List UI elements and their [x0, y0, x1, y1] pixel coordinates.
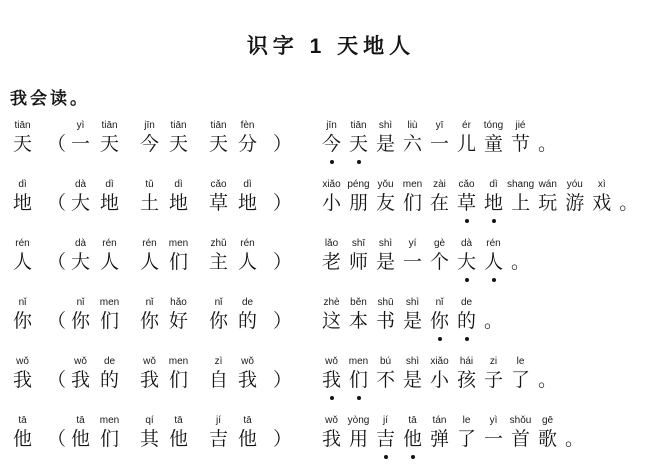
vocab-word: nǐ你hǎo好: [135, 296, 193, 343]
pinyin-label: shì: [379, 119, 392, 132]
pinyin-label: wán: [539, 178, 557, 191]
hanzi-character: 们: [100, 427, 119, 453]
hanzi-character: 这: [322, 309, 341, 335]
open-paren: （: [47, 237, 66, 284]
hanzi-character: 今: [140, 132, 159, 158]
hanzi-character: 地: [13, 191, 32, 217]
pinyin-label: dà: [75, 178, 86, 191]
pinyin-label: yóu: [567, 178, 583, 191]
vocab-row: tā他（tā他men们qí其tā他jí吉tā他）wǒ我yòng用jí吉tā他tá…: [8, 414, 662, 461]
pinyin-label: tā: [408, 414, 416, 427]
hanzi-character: 地: [100, 191, 119, 217]
headword-unit: tiān天: [8, 119, 37, 166]
headword-and-words: wǒ我（wǒ我de的wǒ我men们zì自wǒ我）: [8, 355, 318, 402]
hanzi-character: 童: [484, 132, 503, 158]
vocab-word: tǔ土dì地: [135, 178, 193, 225]
hanzi-character: 他: [403, 427, 422, 453]
pinyin-label: zi: [490, 355, 497, 368]
char-unit: dì地: [233, 178, 262, 225]
char-unit: 。: [507, 237, 534, 284]
open-paren: （: [47, 355, 66, 402]
headword-and-words: nǐ你（nǐ你men们nǐ你hǎo好nǐ你de的）: [8, 296, 318, 343]
hanzi-character: 我: [71, 368, 90, 394]
pinyin-label: le: [463, 414, 471, 427]
pinyin-label: cǎo: [210, 178, 226, 191]
char-unit: 。: [534, 119, 561, 166]
char-unit: hǎo好: [164, 296, 193, 343]
char-unit: men们: [164, 237, 193, 284]
hanzi-character: ）: [273, 132, 292, 158]
pinyin-label: tán: [433, 414, 447, 427]
char-unit: tóng童: [480, 119, 507, 166]
hanzi-character: 。: [565, 427, 584, 453]
close-paren: ）: [273, 119, 292, 166]
char-unit: wǒ我: [318, 355, 345, 402]
headword-and-words: tiān天（yì一tiān天jīn今tiān天tiān天fèn分）: [8, 119, 318, 166]
pinyin-label: nǐ: [77, 296, 85, 309]
emphasis-dot: [357, 394, 361, 402]
pinyin-label: nǐ: [215, 296, 223, 309]
pinyin-label: qí: [145, 414, 153, 427]
pinyin-label: shì: [406, 355, 419, 368]
char-unit: le了: [507, 355, 534, 402]
hanzi-character: 小: [430, 368, 449, 394]
char-unit: jīn今: [318, 119, 345, 166]
hanzi-character: 是: [376, 250, 395, 276]
pinyin-label: zhè: [323, 296, 339, 309]
hanzi-character: 一: [484, 427, 503, 453]
vocab-word: nǐ你de的: [204, 296, 262, 343]
pinyin-label: dì: [489, 178, 497, 191]
hanzi-character: 游: [565, 191, 584, 217]
pinyin-label: jié: [515, 119, 525, 132]
char-unit: shī师: [345, 237, 372, 284]
pinyin-label: liù: [407, 119, 417, 132]
char-unit: yí一: [399, 237, 426, 284]
pinyin-label: dì: [18, 178, 26, 191]
hanzi-character: 今: [322, 132, 341, 158]
char-unit: fèn分: [233, 119, 262, 166]
hanzi-character: 人: [13, 250, 32, 276]
char-unit: rén人: [233, 237, 262, 284]
pinyin-label: men: [349, 355, 368, 368]
char-unit: dà大: [66, 178, 95, 225]
emphasis-dot: [384, 453, 388, 461]
hanzi-character: 是: [376, 132, 395, 158]
pinyin-label: běn: [350, 296, 367, 309]
hanzi-character: 们: [403, 191, 422, 217]
char-unit: gè个: [426, 237, 453, 284]
close-paren: ）: [273, 296, 292, 343]
worksheet-page: 识字 1 天地人 我会读。 tiān天（yì一tiān天jīn今tiān天tiā…: [0, 0, 662, 472]
pinyin-label: yì: [490, 414, 498, 427]
vocab-word: dà大rén人: [66, 237, 124, 284]
hanzi-character: 其: [140, 427, 159, 453]
hanzi-character: 们: [169, 250, 188, 276]
hanzi-character: 书: [376, 309, 395, 335]
char-unit: tiān天: [204, 119, 233, 166]
pinyin-label: yī: [436, 119, 444, 132]
hanzi-character: 玩: [538, 191, 557, 217]
char-unit: shì是: [399, 355, 426, 402]
pinyin-label: wǒ: [74, 355, 87, 368]
pinyin-label: shì: [406, 296, 419, 309]
char-unit: men们: [164, 355, 193, 402]
char-unit: 。: [615, 178, 642, 225]
pinyin-label: wǒ: [143, 355, 156, 368]
pinyin-label: tā: [18, 414, 26, 427]
char-unit: jí吉: [204, 414, 233, 461]
hanzi-character: 们: [169, 368, 188, 394]
pinyin-label: yǒu: [377, 178, 393, 191]
emphasis-dot: [438, 335, 442, 343]
pinyin-label: cǎo: [458, 178, 474, 191]
hanzi-character: 的: [457, 309, 476, 335]
hanzi-character: 地: [169, 191, 188, 217]
char-unit: dà大: [453, 237, 480, 284]
emphasis-dot: [465, 276, 469, 284]
hanzi-character: ）: [273, 368, 292, 394]
char-unit: wán玩: [534, 178, 561, 225]
hanzi-character: 人: [238, 250, 257, 276]
example-sentence: jīn今tiān天shì是liù六yī一ér儿tóng童jié节。: [318, 119, 662, 166]
pinyin-label: wǒ: [241, 355, 254, 368]
char-unit: men们: [399, 178, 426, 225]
pinyin-label: dà: [75, 237, 86, 250]
pinyin-label: jí: [383, 414, 388, 427]
pinyin-label: tiān: [170, 119, 186, 132]
emphasis-dot: [357, 158, 361, 166]
hanzi-character: 天: [100, 132, 119, 158]
hanzi-character: 吉: [376, 427, 395, 453]
char-unit: xiǎo小: [426, 355, 453, 402]
hanzi-character: 不: [376, 368, 395, 394]
pinyin-label: xiǎo: [322, 178, 340, 191]
pinyin-label: rén: [240, 237, 254, 250]
hanzi-character: ）: [273, 250, 292, 276]
char-unit: yóu游: [561, 178, 588, 225]
vocab-word: yì一tiān天: [66, 119, 124, 166]
hanzi-character: 师: [349, 250, 368, 276]
char-unit: lǎo老: [318, 237, 345, 284]
hanzi-character: 他: [238, 427, 257, 453]
pinyin-label: men: [100, 414, 119, 427]
hanzi-character: 用: [349, 427, 368, 453]
char-unit: shū书: [372, 296, 399, 343]
hanzi-character: （: [47, 309, 66, 335]
hanzi-character: （: [47, 427, 66, 453]
char-unit: tā他: [399, 414, 426, 461]
char-unit: cǎo草: [453, 178, 480, 225]
pinyin-label: gè: [434, 237, 445, 250]
pinyin-label: shū: [377, 296, 393, 309]
hanzi-character: ）: [273, 427, 292, 453]
pinyin-label: tiān: [14, 119, 30, 132]
pinyin-label: bú: [380, 355, 391, 368]
headword-unit: tā他: [8, 414, 37, 461]
char-unit: shì是: [372, 119, 399, 166]
hanzi-character: 一: [71, 132, 90, 158]
pinyin-label: xiǎo: [430, 355, 448, 368]
example-sentence: lǎo老shī师shì是yí一gè个dà大rén人。: [318, 237, 662, 284]
hanzi-character: 在: [430, 191, 449, 217]
hanzi-character: 我: [322, 427, 341, 453]
char-unit: men们: [345, 355, 372, 402]
hanzi-character: 草: [457, 191, 476, 217]
pinyin-label: dì: [174, 178, 182, 191]
vocab-word: tiān天fèn分: [204, 119, 262, 166]
pinyin-label: de: [242, 296, 253, 309]
hanzi-character: 天: [209, 132, 228, 158]
char-unit: gē歌: [534, 414, 561, 461]
headword-unit: dì地: [8, 178, 37, 225]
char-unit: jí吉: [372, 414, 399, 461]
example-sentence: wǒ我yòng用jí吉tā他tán弹le了yì一shǒu首gē歌。: [318, 414, 662, 461]
hanzi-character: 天: [349, 132, 368, 158]
hanzi-character: 天: [13, 132, 32, 158]
hanzi-character: 的: [100, 368, 119, 394]
char-unit: shì是: [399, 296, 426, 343]
char-unit: tiān天: [164, 119, 193, 166]
close-paren: ）: [273, 178, 292, 225]
pinyin-label: rén: [486, 237, 500, 250]
pinyin-label: zài: [433, 178, 446, 191]
close-paren: ）: [273, 237, 292, 284]
pinyin-label: le: [517, 355, 525, 368]
pinyin-label: yí: [409, 237, 417, 250]
vocab-word: tā他men们: [66, 414, 124, 461]
pinyin-label: jīn: [326, 119, 337, 132]
char-unit: rén人: [95, 237, 124, 284]
hanzi-character: 们: [100, 309, 119, 335]
vocab-word: cǎo草dì地: [204, 178, 262, 225]
pinyin-label: tǔ: [145, 178, 153, 191]
hanzi-character: （: [47, 132, 66, 158]
char-unit: wǒ我: [66, 355, 95, 402]
char-unit: běn本: [345, 296, 372, 343]
pinyin-label: rén: [142, 237, 156, 250]
hanzi-character: 首: [511, 427, 530, 453]
vocab-word: zì自wǒ我: [204, 355, 262, 402]
char-unit: xiǎo小: [318, 178, 345, 225]
hanzi-character: 主: [209, 250, 228, 276]
hanzi-character: 的: [238, 309, 257, 335]
pinyin-label: men: [169, 355, 188, 368]
char-unit: nǐ你: [66, 296, 95, 343]
hanzi-character: 了: [457, 427, 476, 453]
hanzi-character: （: [47, 191, 66, 217]
pinyin-label: péng: [347, 178, 369, 191]
hanzi-character: 一: [430, 132, 449, 158]
pinyin-label: lǎo: [325, 237, 338, 250]
vocab-row: rén人（dà大rén人rén人men们zhǔ主rén人）lǎo老shī师shì…: [8, 237, 662, 284]
hanzi-character: 大: [71, 191, 90, 217]
headword-unit: nǐ你: [8, 296, 37, 343]
emphasis-dot: [465, 217, 469, 225]
pinyin-label: jí: [216, 414, 221, 427]
example-sentence: xiǎo小péng朋yǒu友men们zài在cǎo草dì地shang上wán玩y…: [318, 178, 662, 225]
hanzi-character: 你: [209, 309, 228, 335]
hanzi-character: 吉: [209, 427, 228, 453]
hanzi-character: 了: [511, 368, 530, 394]
hanzi-character: 自: [209, 368, 228, 394]
hanzi-character: 大: [457, 250, 476, 276]
char-unit: péng朋: [345, 178, 372, 225]
pinyin-label: yòng: [348, 414, 370, 427]
pinyin-label: nǐ: [146, 296, 154, 309]
char-unit: dà大: [66, 237, 95, 284]
hanzi-character: 儿: [457, 132, 476, 158]
pinyin-label: hái: [460, 355, 473, 368]
headword-and-words: dì地（dà大dì地tǔ土dì地cǎo草dì地）: [8, 178, 318, 225]
hanzi-character: 他: [13, 427, 32, 453]
hanzi-character: 是: [403, 368, 422, 394]
hanzi-character: 上: [511, 191, 530, 217]
pinyin-label: tiān: [210, 119, 226, 132]
hanzi-character: 我: [140, 368, 159, 394]
pinyin-label: shī: [352, 237, 365, 250]
hanzi-character: 我: [238, 368, 257, 394]
pinyin-label: wǒ: [325, 355, 338, 368]
example-sentence: wǒ我men们bú不shì是xiǎo小hái孩zi子le了。: [318, 355, 662, 402]
pinyin-label: dà: [461, 237, 472, 250]
hanzi-character: 孩: [457, 368, 476, 394]
char-unit: yòng用: [345, 414, 372, 461]
hanzi-character: 节: [511, 132, 530, 158]
pinyin-label: men: [403, 178, 422, 191]
hanzi-character: 我: [322, 368, 341, 394]
pinyin-label: men: [100, 296, 119, 309]
char-unit: zi子: [480, 355, 507, 402]
char-unit: nǐ你: [426, 296, 453, 343]
hanzi-character: 老: [322, 250, 341, 276]
char-unit: de的: [95, 355, 124, 402]
hanzi-character: 土: [140, 191, 159, 217]
hanzi-character: 朋: [349, 191, 368, 217]
hanzi-character: 地: [484, 191, 503, 217]
hanzi-character: 。: [511, 250, 530, 276]
hanzi-character: 人: [484, 250, 503, 276]
char-unit: 。: [561, 414, 588, 461]
char-unit: wǒ我: [135, 355, 164, 402]
open-paren: （: [47, 178, 66, 225]
char-unit: liù六: [399, 119, 426, 166]
pinyin-label: tā: [243, 414, 251, 427]
pinyin-label: tiān: [101, 119, 117, 132]
char-unit: jīn今: [135, 119, 164, 166]
open-paren: （: [47, 119, 66, 166]
hanzi-character: 们: [349, 368, 368, 394]
pinyin-label: shǒu: [510, 414, 532, 427]
pinyin-label: tā: [174, 414, 182, 427]
char-unit: wǒ我: [318, 414, 345, 461]
hanzi-character: ）: [273, 191, 292, 217]
hanzi-character: 。: [484, 309, 503, 335]
hanzi-character: （: [47, 250, 66, 276]
emphasis-dot: [465, 335, 469, 343]
emphasis-dot: [330, 158, 334, 166]
char-unit: 。: [534, 355, 561, 402]
pinyin-label: fèn: [241, 119, 255, 132]
pinyin-label: zhǔ: [210, 237, 226, 250]
pinyin-label: tā: [76, 414, 84, 427]
char-unit: dì地: [164, 178, 193, 225]
pinyin-label: men: [169, 237, 188, 250]
pinyin-label: shang: [507, 178, 534, 191]
hanzi-character: 六: [403, 132, 422, 158]
hanzi-character: 本: [349, 309, 368, 335]
char-unit: men们: [95, 296, 124, 343]
open-paren: （: [47, 296, 66, 343]
char-unit: 。: [480, 296, 507, 343]
hanzi-character: 他: [169, 427, 188, 453]
hanzi-character: 他: [71, 427, 90, 453]
hanzi-character: 歌: [538, 427, 557, 453]
hanzi-character: 你: [71, 309, 90, 335]
vocab-row: tiān天（yì一tiān天jīn今tiān天tiān天fèn分）jīn今tiā…: [8, 119, 662, 166]
char-unit: nǐ你: [135, 296, 164, 343]
hanzi-character: 地: [238, 191, 257, 217]
headword-and-words: rén人（dà大rén人rén人men们zhǔ主rén人）: [8, 237, 318, 284]
pinyin-label: wǒ: [16, 355, 29, 368]
pinyin-label: hǎo: [170, 296, 187, 309]
char-unit: zhǔ主: [204, 237, 233, 284]
example-sentence: zhè这běn本shū书shì是nǐ你de的。: [318, 296, 662, 343]
headword-unit: wǒ我: [8, 355, 37, 402]
hanzi-character: 。: [538, 368, 557, 394]
pinyin-label: dì: [105, 178, 113, 191]
hanzi-character: 你: [140, 309, 159, 335]
char-unit: tǔ土: [135, 178, 164, 225]
page-title: 识字 1 天地人: [0, 0, 662, 60]
hanzi-character: 友: [376, 191, 395, 217]
char-unit: yī一: [426, 119, 453, 166]
hanzi-character: 好: [169, 309, 188, 335]
vocab-word: jí吉tā他: [204, 414, 262, 461]
char-unit: yǒu友: [372, 178, 399, 225]
char-unit: le了: [453, 414, 480, 461]
hanzi-character: 。: [619, 191, 638, 217]
pinyin-label: rén: [102, 237, 116, 250]
pinyin-label: xì: [598, 178, 606, 191]
vocab-row: dì地（dà大dì地tǔ土dì地cǎo草dì地）xiǎo小péng朋yǒu友me…: [8, 178, 662, 225]
char-unit: dì地: [95, 178, 124, 225]
char-unit: dì地: [480, 178, 507, 225]
char-unit: tā他: [164, 414, 193, 461]
char-unit: nǐ你: [204, 296, 233, 343]
char-unit: tiān天: [95, 119, 124, 166]
hanzi-character: 分: [238, 132, 257, 158]
headword-and-words: tā他（tā他men们qí其tā他jí吉tā他）: [8, 414, 318, 461]
pinyin-label: jīn: [144, 119, 155, 132]
hanzi-character: 大: [71, 250, 90, 276]
char-unit: yì一: [480, 414, 507, 461]
char-unit: wǒ我: [233, 355, 262, 402]
char-unit: shang上: [507, 178, 534, 225]
char-unit: jié节: [507, 119, 534, 166]
char-unit: de的: [453, 296, 480, 343]
char-unit: tán弹: [426, 414, 453, 461]
pinyin-label: shì: [379, 237, 392, 250]
char-unit: tā他: [233, 414, 262, 461]
section-label: 我会读。: [10, 84, 662, 109]
vocab-word: zhǔ主rén人: [204, 237, 262, 284]
pinyin-label: nǐ: [436, 296, 444, 309]
pinyin-label: wǒ: [325, 414, 338, 427]
char-unit: bú不: [372, 355, 399, 402]
pinyin-label: de: [461, 296, 472, 309]
emphasis-dot: [492, 276, 496, 284]
